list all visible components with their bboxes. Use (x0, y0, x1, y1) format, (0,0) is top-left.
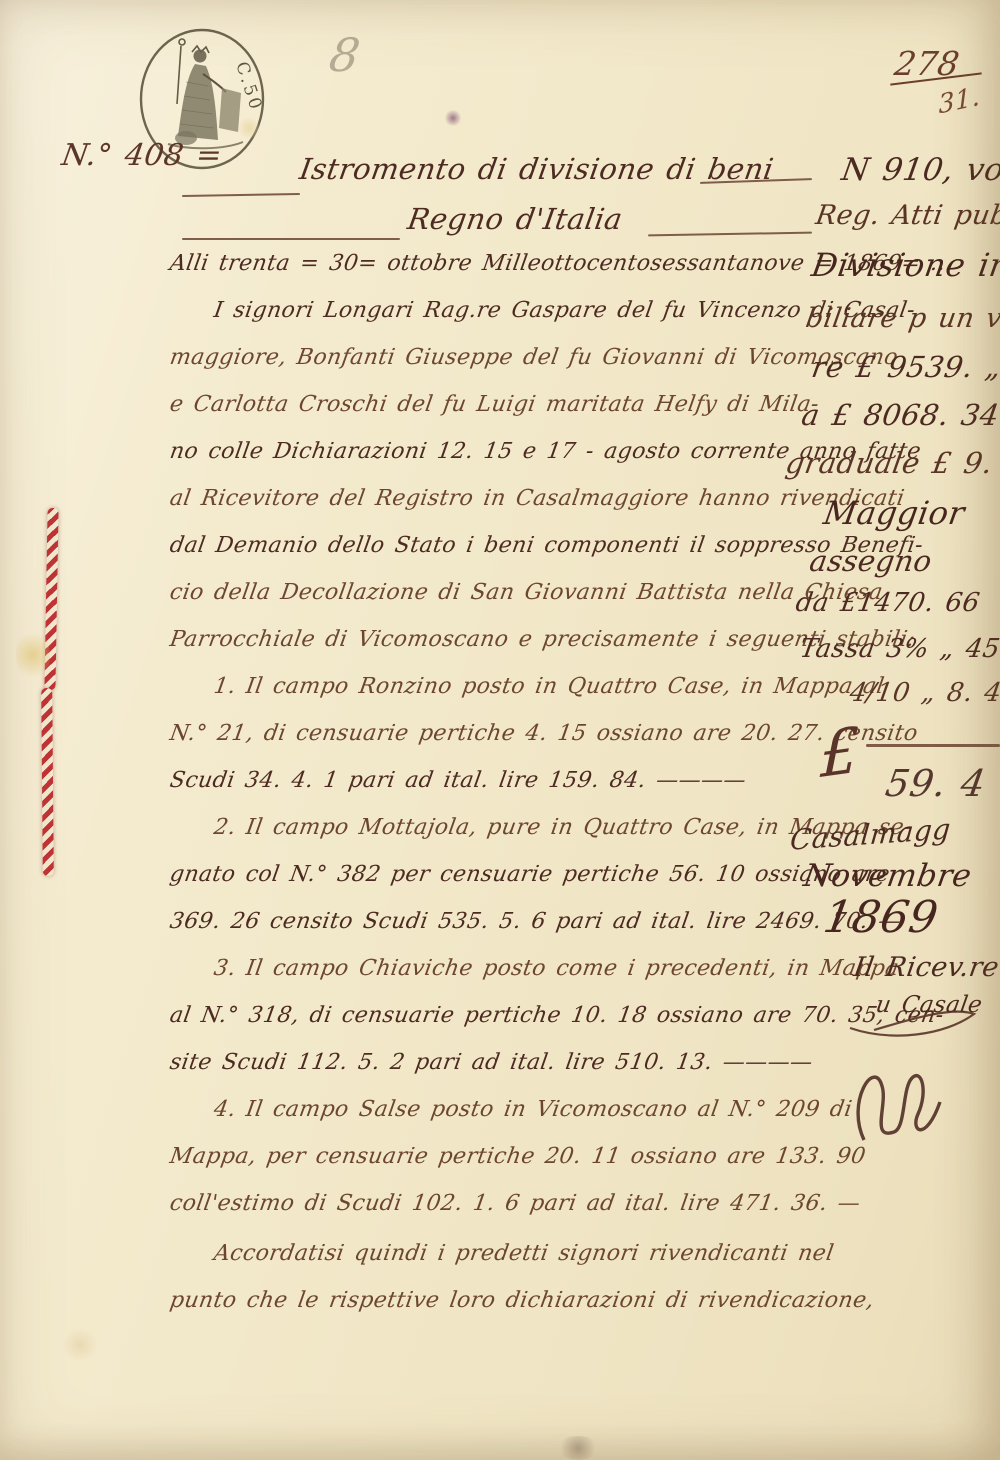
stain (556, 1436, 600, 1460)
body-line: I signori Longari Rag.re Gaspare del fu … (170, 298, 894, 323)
margin-sum-line1: re £ 9539. „ 3 (809, 350, 1000, 384)
body-line-text: 369. 26 censito Scudi 535. 5. 6 pari ad … (168, 909, 903, 934)
body-line: punto che le rispettive loro dichiarazio… (170, 1288, 850, 1313)
body-line-text: Scudi 34. 4. 1 pari ad ital. lire 159. 8… (168, 768, 748, 793)
margin-graduale: graduale £ 9. (783, 446, 995, 480)
binding-ribbon-lower (41, 688, 54, 876)
body-line: Scudi 34. 4. 1 pari ad ital. lire 159. 8… (170, 768, 850, 793)
stain (444, 110, 462, 126)
margin-quota: 4/10 „ 8. 4 (848, 678, 1000, 708)
body-line: N.° 21, di censuarie pertiche 4. 15 ossi… (170, 721, 850, 746)
document-scan: C.50 8 278 31. N.° 408 = Istromento di d… (0, 0, 1000, 1460)
body-line-text: al N.° 318, di censuarie pertiche 10. 18… (168, 1003, 946, 1028)
body-line: site Scudi 112. 5. 2 pari ad ital. lire … (170, 1050, 850, 1075)
pencil-mark: 8 (326, 28, 364, 82)
stain (60, 1330, 100, 1360)
body-line: 4. Il campo Salse posto in Vicomoscano a… (170, 1097, 894, 1122)
margin-maggior: Maggior (821, 494, 967, 532)
margin-registry-title: Reg. Atti pubbl (814, 200, 1000, 231)
corner-number-secondary: 31. (938, 81, 981, 120)
subtitle-trail-rule (648, 232, 812, 237)
document-subtitle: Regno d'Italia (405, 202, 625, 236)
body-line: al Ricevitore del Registro in Casalmaggi… (170, 486, 850, 511)
body-line-text: site Scudi 112. 5. 2 pari ad ital. lire … (168, 1050, 814, 1075)
subtitle-lead-rule (182, 238, 400, 240)
body-line-text: 4. Il campo Salse posto in Vicomoscano a… (212, 1097, 854, 1122)
body-line-text: Accordatisi quindi i predetti signori ri… (212, 1241, 836, 1266)
body-line: e Carlotta Croschi del fu Luigi maritata… (170, 392, 850, 417)
margin-division-line2: biliare p un va (804, 303, 1000, 334)
body-line: Parrocchiale di Vicomoscano e precisamen… (170, 627, 850, 652)
body-line-text: cio della Decollazione di San Giovanni B… (168, 580, 885, 605)
body-line-text: maggiore, Bonfanti Giuseppe del fu Giova… (168, 345, 900, 370)
body-line: 369. 26 censito Scudi 535. 5. 6 pari ad … (170, 909, 850, 934)
body-line-text: 3. Il campo Chiaviche posto come i prece… (212, 956, 901, 981)
body-line: Alli trenta = 30= ottobre Milleottocento… (170, 251, 850, 276)
margin-sum-line2: a £ 8068. 34 Ta (799, 398, 1000, 432)
margin-year: 1869 (820, 892, 942, 943)
body-line: dal Demanio dello Stato i beni component… (170, 533, 850, 558)
margin-da-lire: da £1470. 66 (794, 588, 982, 618)
body-line-text: e Carlotta Croschi del fu Luigi maritata… (168, 392, 821, 417)
body-line-text: gnato col N.° 382 per censuarie pertiche… (168, 862, 892, 887)
margin-assegno: assegno (807, 544, 934, 578)
document-number: N.° 408 = (59, 138, 224, 173)
body-line-text: al Ricevitore del Registro in Casalmaggi… (168, 486, 906, 511)
margin-tassa: Tassa 3% „ 45. (798, 634, 1000, 664)
margin-total-rule (866, 744, 1000, 747)
title-lead-rule (182, 193, 300, 197)
body-line-text: 1. Il campo Ronzino posto in Quattro Cas… (212, 674, 886, 699)
body-line: cio della Decollazione di San Giovanni B… (170, 580, 850, 605)
margin-receiver-title: Il Ricev.re (852, 952, 1000, 983)
body-line-text: punto che le rispettive loro dichiarazio… (168, 1288, 876, 1313)
signature-monogram-flourish (842, 1040, 974, 1152)
body-line: 2. Il campo Mottajola, pure in Quattro C… (170, 815, 894, 840)
body-line: Accordatisi quindi i predetti signori ri… (170, 1241, 894, 1266)
binding-ribbon-upper (44, 508, 58, 690)
margin-registry-number: N 910, vol 10 (839, 152, 1000, 188)
body-line: al N.° 318, di censuarie pertiche 10. 18… (170, 1003, 850, 1028)
body-line: coll'estimo di Scudi 102. 1. 6 pari ad i… (170, 1191, 850, 1216)
body-line: Mappa, per censuarie pertiche 20. 11 oss… (170, 1144, 850, 1169)
body-line: 3. Il campo Chiaviche posto come i prece… (170, 956, 894, 981)
body-line: 1. Il campo Ronzino posto in Quattro Cas… (170, 674, 894, 699)
body-line: maggiore, Bonfanti Giuseppe del fu Giova… (170, 345, 850, 370)
body-line: no colle Dichiarazioni 12. 15 e 17 - ago… (170, 439, 850, 464)
margin-month: Novembre (801, 858, 974, 894)
margin-lira-sign: £ (820, 713, 861, 792)
body-line-text: Mappa, per censuarie pertiche 20. 11 oss… (168, 1144, 868, 1169)
body-line-text: N.° 21, di censuarie pertiche 4. 15 ossi… (168, 721, 920, 746)
body-line-text: coll'estimo di Scudi 102. 1. 6 pari ad i… (168, 1191, 862, 1216)
margin-division-line1: Divisione imm (809, 246, 1000, 284)
margin-total: 59. 4 (883, 762, 989, 805)
signature-underline-flourish (846, 1000, 996, 1042)
body-line: gnato col N.° 382 per censuarie pertiche… (170, 862, 850, 887)
